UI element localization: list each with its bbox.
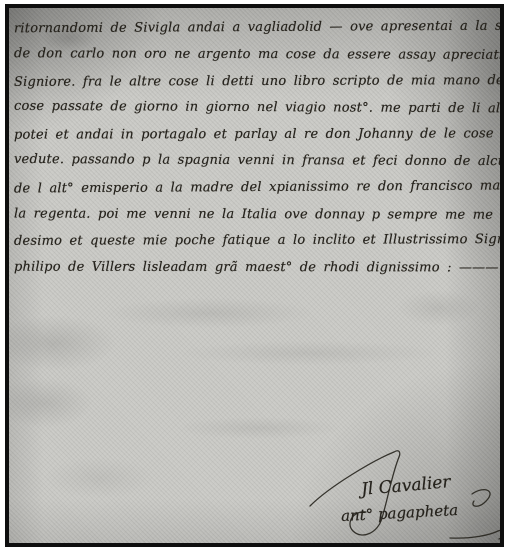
photo-frame: ritornandomi de Sivigla andai a vagliado… xyxy=(5,4,504,547)
manuscript-line: ritornandomi de Sivigla andai a vagliado… xyxy=(14,19,495,44)
manuscript-line: la regenta. poi me venni ne la Italia ov… xyxy=(14,206,440,229)
manuscript-line: desimo et queste mie poche fatique a lo … xyxy=(14,232,470,256)
manuscript-paper: ritornandomi de Sivigla andai a vagliado… xyxy=(9,8,500,543)
manuscript-line: philipo de Villers lisleadam grã maest° … xyxy=(14,260,495,283)
manuscript-line: potei et andai in portagalo et parlay al… xyxy=(14,126,495,149)
manuscript-line: de don carlo non oro ne argento ma cose … xyxy=(14,46,495,70)
manuscript-line: cose passate de giorno in giorno nel via… xyxy=(14,99,495,124)
manuscript-photograph: ritornandomi de Sivigla andai a vagliado… xyxy=(0,0,508,553)
manuscript-line: vedute. passando p la spagnia venni in f… xyxy=(14,152,495,176)
manuscript-line: Signiore. fra le altre cose li detti uno… xyxy=(14,73,495,97)
manuscript-line: de l alt° emisperio a la madre del xpian… xyxy=(14,179,495,204)
signature-name: ant° pagapheta xyxy=(341,501,459,525)
signature-title: Jl Cavalier xyxy=(360,472,451,500)
